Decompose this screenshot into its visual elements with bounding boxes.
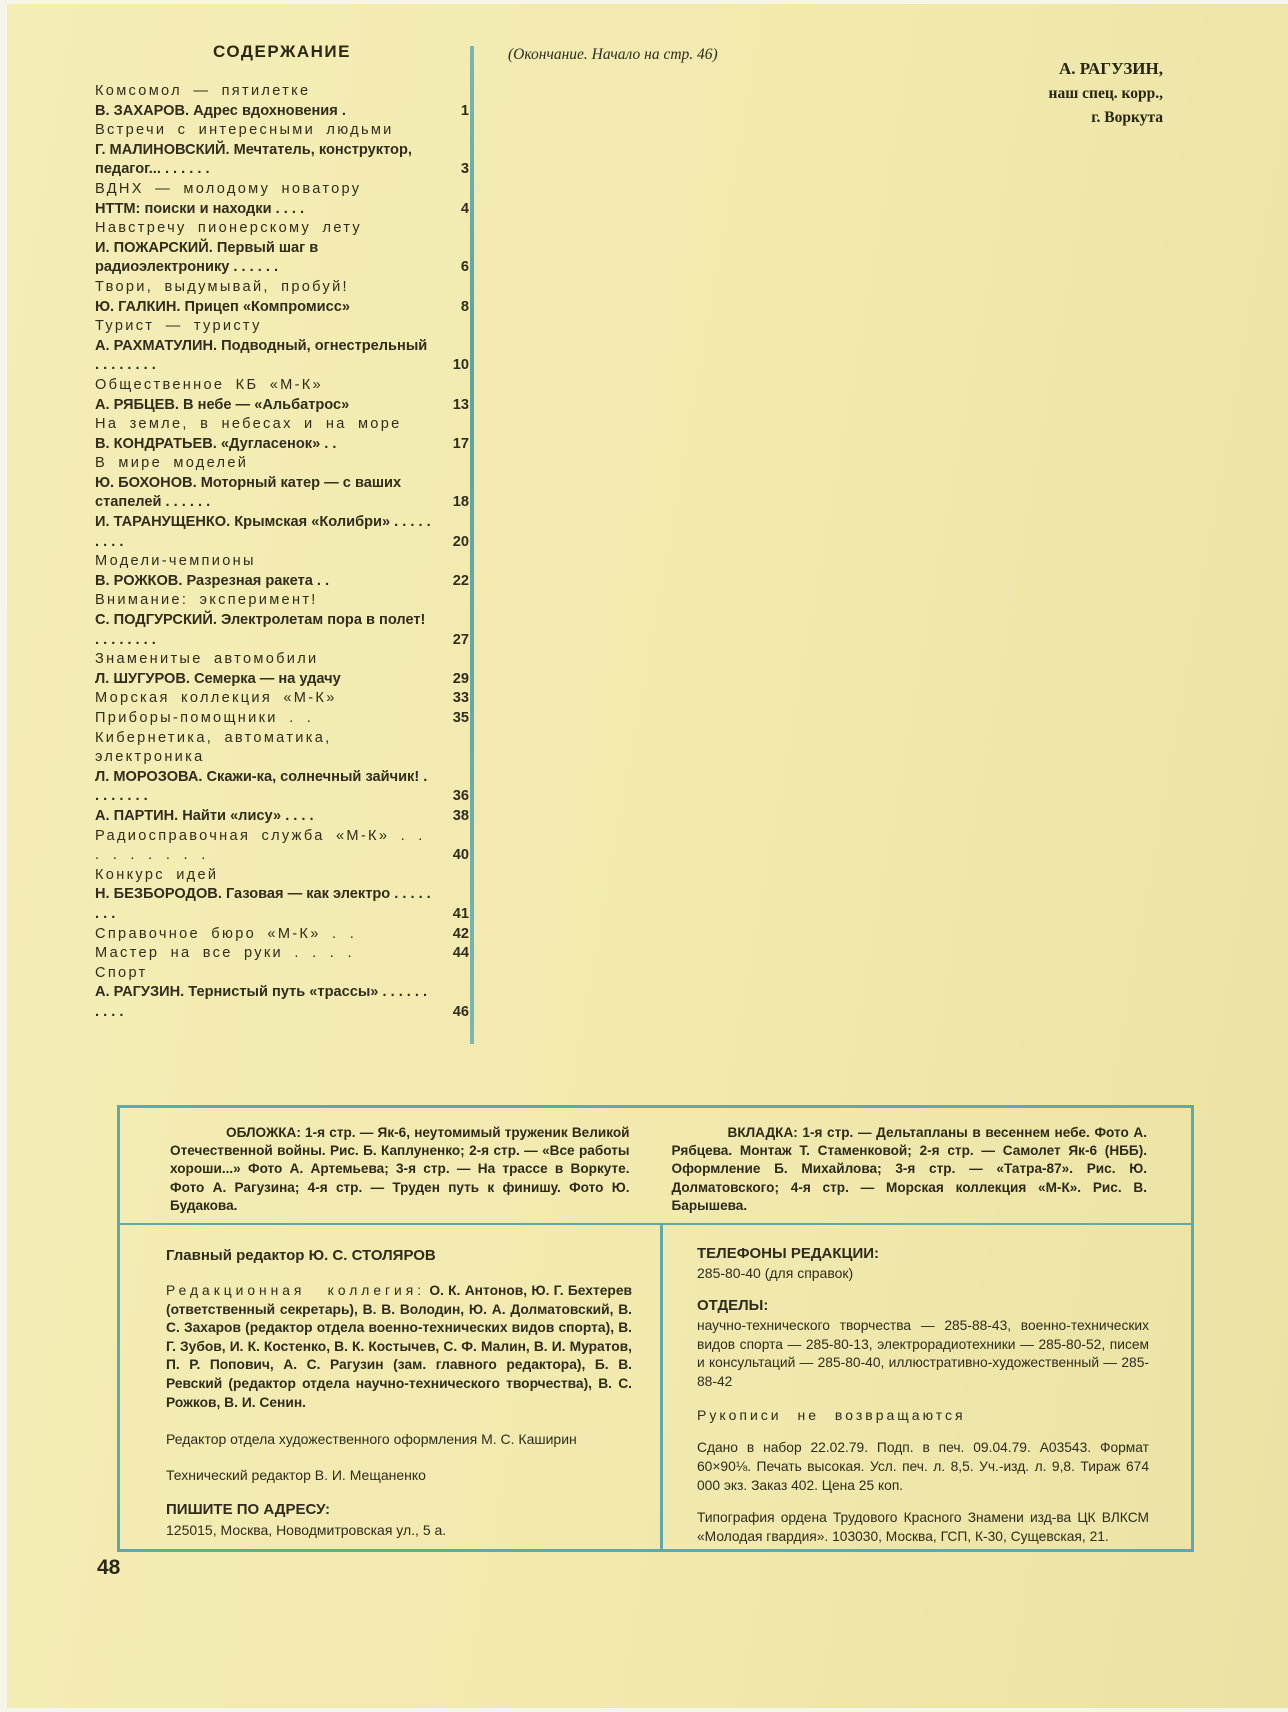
toc-entry: Общественное КБ «М-К» xyxy=(95,376,469,396)
toc-entry-page: 18 xyxy=(453,493,469,513)
contacts-cell: ТЕЛЕФОНЫ РЕДАКЦИИ: 285-80-40 (для справо… xyxy=(663,1225,1191,1549)
toc-entry: Навстречу пионерскому лету xyxy=(95,219,469,239)
toc-entry: Встречи с интересными людьми xyxy=(95,121,469,141)
toc-entry-text: НТТМ: поиски и находки . . . . xyxy=(95,201,304,217)
toc-title: СОДЕРЖАНИЕ xyxy=(95,42,469,62)
departments-list: научно-технического творчества — 285-88-… xyxy=(697,1317,1149,1391)
imprint-box: ОБЛОЖКА: 1-я стр. — Як-6, неутомимый тру… xyxy=(117,1105,1194,1552)
toc-entry-page: 41 xyxy=(453,905,469,925)
toc-entry-page: 10 xyxy=(453,356,469,376)
toc-entry: Ю. ГАЛКИН. Прицеп «Компромисс» 8 xyxy=(95,298,469,318)
toc-entry: Знаменитые автомобили xyxy=(95,650,469,670)
imprint-row: Главный редактор Ю. С. СТОЛЯРОВ Редакцио… xyxy=(120,1225,1191,1549)
toc-entry-text: Н. БЕЗБОРОДОВ. Газовая — как электро . .… xyxy=(95,886,431,922)
toc-entry: Радиосправочная служба «М-К» . . . . . .… xyxy=(95,827,469,866)
toc-entry-page: 1 xyxy=(461,102,469,122)
write-to-label: ПИШИТЕ ПО АДРЕСУ: xyxy=(166,1501,632,1518)
toc-entry-page: 44 xyxy=(453,944,469,964)
insert-note: ВКЛАДКА: 1-я стр. — Дельтапланы в весенн… xyxy=(672,1124,1148,1215)
toc-entry: Внимание: эксперимент! xyxy=(95,591,469,611)
toc-entry: Кибернетика, автоматика, электроника xyxy=(95,729,469,768)
toc-entry-text: А. РАХМАТУЛИН. Подводный, огнестрельный … xyxy=(95,338,427,374)
magazine-page: СОДЕРЖАНИЕ Комсомол — пятилетке В. ЗАХАР… xyxy=(7,4,1288,1708)
signature-place: г. Воркута xyxy=(869,106,1163,130)
toc-entry-text: Морская коллекция «М-К» xyxy=(95,690,337,706)
cover-notes-row: ОБЛОЖКА: 1-я стр. — Як-6, неутомимый тру… xyxy=(120,1108,1191,1223)
toc-entry-page: 27 xyxy=(453,631,469,651)
toc-entry-text: А. РАГУЗИН. Тернистый путь «трассы» . . … xyxy=(95,984,427,1020)
toc-entry-text: В. КОНДРАТЬЕВ. «Дугласенок» . . xyxy=(95,436,336,452)
toc-entry: И. ПОЖАРСКИЙ. Первый шаг в радиоэлектрон… xyxy=(95,239,469,278)
toc-entry-text: Твори, выдумывай, пробуй! xyxy=(95,279,349,295)
toc-entry-text: Ю. БОХОНОВ. Моторный катер — с ваших ста… xyxy=(95,475,401,511)
toc-entry-text: Ю. ГАЛКИН. Прицеп «Компромисс» xyxy=(95,299,350,315)
toc-entry-page: 3 xyxy=(461,160,469,180)
toc-entry-text: Г. МАЛИНОВСКИЙ. Мечтатель, конструктор, … xyxy=(95,142,412,178)
toc-entry: А. РАГУЗИН. Тернистый путь «трассы» . . … xyxy=(95,983,469,1022)
editorial-board-label: Редакционная коллегия: xyxy=(166,1283,425,1298)
toc-entry-page: 36 xyxy=(453,787,469,807)
page-number: 48 xyxy=(97,1556,120,1580)
toc-entry: И. ТАРАНУЩЕНКО. Крымская «Колибри» . . .… xyxy=(95,513,469,552)
toc-entry-page: 13 xyxy=(453,396,469,416)
signature-role: наш спец. корр., xyxy=(869,82,1163,106)
toc-entry-page: 33 xyxy=(453,689,469,709)
toc-entry: В мире моделей xyxy=(95,454,469,474)
toc-entry: Морская коллекция «М-К» 33 xyxy=(95,689,469,709)
toc-entry-text: Общественное КБ «М-К» xyxy=(95,377,323,393)
toc-entry-text: Радиосправочная служба «М-К» . . . . . .… xyxy=(95,828,425,864)
toc-entry: Приборы-помощники . . 35 xyxy=(95,709,469,729)
toc-entry-text: И. ПОЖАРСКИЙ. Первый шаг в радиоэлектрон… xyxy=(95,240,318,276)
manuscripts-note: Рукописи не возвращаются xyxy=(697,1407,1149,1423)
column-divider-rule xyxy=(470,46,474,1044)
toc-entry-text: Знаменитые автомобили xyxy=(95,651,319,667)
toc-entry: Справочное бюро «М-К» . . 42 xyxy=(95,925,469,945)
toc-entry-text: Мастер на все руки . . . . xyxy=(95,945,354,961)
toc-entries: Комсомол — пятилетке В. ЗАХАРОВ. Адрес в… xyxy=(95,82,469,1023)
toc-entry-text: А. ПАРТИН. Найти «лису» . . . . xyxy=(95,808,314,824)
toc-entry: Г. МАЛИНОВСКИЙ. Мечтатель, конструктор, … xyxy=(95,141,469,180)
editorial-board-members: О. К. Антонов, Ю. Г. Бехтерев (ответстве… xyxy=(166,1283,632,1410)
chief-editor: Главный редактор Ю. С. СТОЛЯРОВ xyxy=(166,1247,632,1264)
toc-entry-text: Внимание: эксперимент! xyxy=(95,592,318,608)
toc-entry-text: Приборы-помощники . . xyxy=(95,710,313,726)
editorial-board: Редакционная коллегия: О. К. Антонов, Ю.… xyxy=(166,1282,632,1412)
toc-entry-text: И. ТАРАНУЩЕНКО. Крымская «Колибри» . . .… xyxy=(95,514,431,550)
toc-entry: А. РАХМАТУЛИН. Подводный, огнестрельный … xyxy=(95,337,469,376)
toc-entry: Модели-чемпионы xyxy=(95,552,469,572)
toc-entry: А. ПАРТИН. Найти «лису» . . . . 38 xyxy=(95,807,469,827)
toc-entry: Л. МОРОЗОВА. Скажи-ка, солнечный зайчик!… xyxy=(95,768,469,807)
article-signature: А. РАГУЗИН, наш спец. корр., г. Воркута xyxy=(869,56,1205,130)
toc-entry-text: А. РЯБЦЕВ. В небе — «Альбатрос» xyxy=(95,397,349,413)
table-of-contents: СОДЕРЖАНИЕ Комсомол — пятилетке В. ЗАХАР… xyxy=(95,42,469,1023)
toc-entry-text: С. ПОДГУРСКИЙ. Электролетам пора в полет… xyxy=(95,612,425,648)
article-column-2: А. РАГУЗИН, наш спец. корр., г. Воркута xyxy=(869,44,1205,130)
toc-entry-text: ВДНХ — молодому новатору xyxy=(95,181,361,197)
toc-entry-text: В. РОЖКОВ. Разрезная ракета . . xyxy=(95,573,329,589)
toc-entry-page: 46 xyxy=(453,1003,469,1023)
toc-entry-page: 29 xyxy=(453,670,469,690)
departments-label: ОТДЕЛЫ: xyxy=(697,1297,1149,1314)
toc-entry-text: В мире моделей xyxy=(95,455,248,471)
toc-entry: Н. БЕЗБОРОДОВ. Газовая — как электро . .… xyxy=(95,885,469,924)
art-editor: Редактор отдела художественного оформлен… xyxy=(166,1430,586,1449)
toc-entry: Спорт xyxy=(95,964,469,984)
toc-entry: Турист — туристу xyxy=(95,317,469,337)
toc-entry: Конкурс идей xyxy=(95,866,469,886)
toc-entry: В. РОЖКОВ. Разрезная ракета . . 22 xyxy=(95,572,469,592)
toc-entry-page: 4 xyxy=(461,200,469,220)
toc-entry-text: Конкурс идей xyxy=(95,867,218,883)
toc-entry-text: Турист — туристу xyxy=(95,318,262,334)
toc-entry: В. ЗАХАРОВ. Адрес вдохновения . 1 xyxy=(95,102,469,122)
toc-entry: Ю. БОХОНОВ. Моторный катер — с ваших ста… xyxy=(95,474,469,513)
toc-entry: Мастер на все руки . . . . 44 xyxy=(95,944,469,964)
signature-author: А. РАГУЗИН, xyxy=(869,56,1163,82)
toc-entry: С. ПОДГУРСКИЙ. Электролетам пора в полет… xyxy=(95,611,469,650)
toc-entry: Л. ШУГУРОВ. Семерка — на удачу 29 xyxy=(95,670,469,690)
cover-note-cell: ОБЛОЖКА: 1-я стр. — Як-6, неутомимый тру… xyxy=(124,1124,656,1215)
toc-entry: НТТМ: поиски и находки . . . . 4 xyxy=(95,200,469,220)
toc-entry-text: Встречи с интересными людьми xyxy=(95,122,394,138)
toc-entry-text: Навстречу пионерскому лету xyxy=(95,220,362,236)
toc-entry: Твори, выдумывай, пробуй! xyxy=(95,278,469,298)
toc-entry: В. КОНДРАТЬЕВ. «Дугласенок» . . 17 xyxy=(95,435,469,455)
tech-editor: Технический редактор В. И. Мещаненко xyxy=(166,1467,632,1483)
print-info: Сдано в набор 22.02.79. Подп. в печ. 09.… xyxy=(697,1439,1149,1495)
editorial-cell: Главный редактор Ю. С. СТОЛЯРОВ Редакцио… xyxy=(120,1225,660,1549)
toc-entry-page: 35 xyxy=(453,709,469,729)
toc-entry-page: 20 xyxy=(453,533,469,553)
toc-entry-text: Справочное бюро «М-К» . . xyxy=(95,926,356,942)
continuation-note: (Окончание. Начало на стр. 46) xyxy=(508,46,840,64)
toc-entry-text: Л. ШУГУРОВ. Семерка — на удачу xyxy=(95,671,341,687)
toc-entry-text: Спорт xyxy=(95,965,148,981)
toc-entry: Комсомол — пятилетке xyxy=(95,82,469,102)
toc-entry-page: 38 xyxy=(453,807,469,827)
toc-entry-page: 40 xyxy=(453,846,469,866)
editorial-address: 125015, Москва, Новодмитровская ул., 5 а… xyxy=(166,1522,632,1538)
toc-entry-page: 17 xyxy=(453,435,469,455)
cover-note: ОБЛОЖКА: 1-я стр. — Як-6, неутомимый тру… xyxy=(170,1124,630,1215)
toc-entry-text: На земле, в небесах и на море xyxy=(95,416,402,432)
toc-entry-text: Л. МОРОЗОВА. Скажи-ка, солнечный зайчик!… xyxy=(95,769,427,805)
toc-entry-text: Комсомол — пятилетке xyxy=(95,83,310,99)
toc-entry-text: Кибернетика, автоматика, электроника xyxy=(95,730,331,766)
toc-entry: ВДНХ — молодому новатору xyxy=(95,180,469,200)
toc-entry: А. РЯБЦЕВ. В небе — «Альбатрос» 13 xyxy=(95,396,469,416)
article-column-1: (Окончание. Начало на стр. 46) xyxy=(504,46,840,80)
phones-label: ТЕЛЕФОНЫ РЕДАКЦИИ: xyxy=(697,1245,1149,1262)
toc-entry: На земле, в небесах и на море xyxy=(95,415,469,435)
toc-entry-text: В. ЗАХАРОВ. Адрес вдохновения . xyxy=(95,103,346,119)
toc-entry-page: 42 xyxy=(453,925,469,945)
printer-info: Типография ордена Трудового Красного Зна… xyxy=(697,1509,1149,1546)
insert-note-cell: ВКЛАДКА: 1-я стр. — Дельтапланы в весенн… xyxy=(656,1124,1188,1215)
toc-entry-text: Модели-чемпионы xyxy=(95,553,256,569)
phones-value: 285-80-40 (для справок) xyxy=(697,1265,1149,1281)
toc-entry-page: 6 xyxy=(461,258,469,278)
toc-entry-page: 22 xyxy=(453,572,469,592)
toc-entry-page: 8 xyxy=(461,298,469,318)
